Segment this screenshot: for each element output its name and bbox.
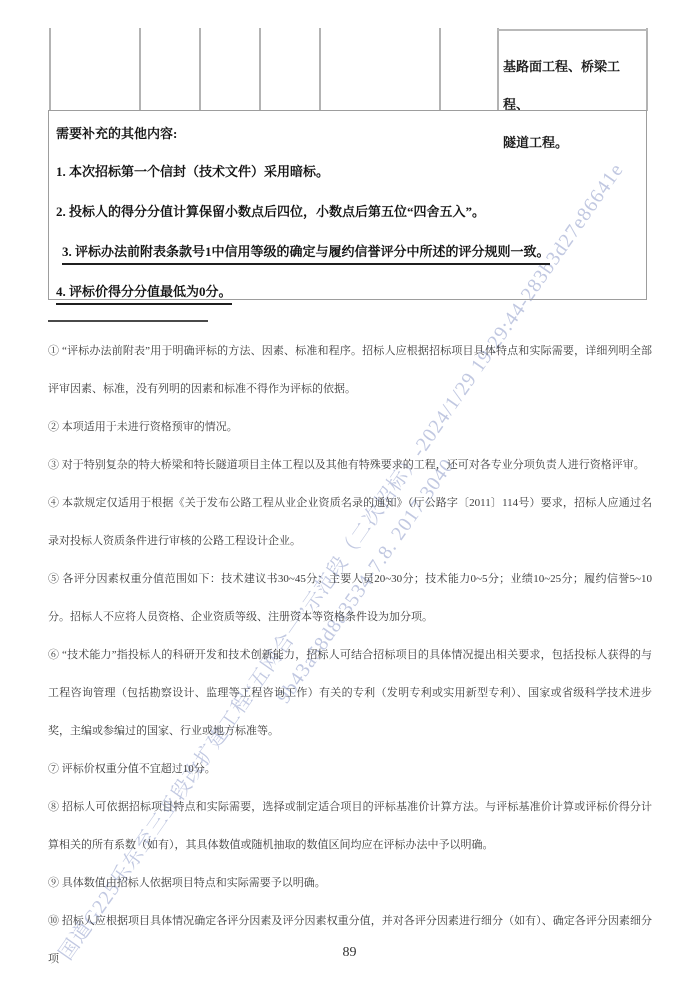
table-column-divider (49, 28, 51, 111)
footnote-2: ② 本项适用于未进行资格预审的情况。 (48, 408, 652, 446)
footnote-6: ⑥ “技术能力”指投标人的科研开发和技术创新能力，招标人可结合招标项目的具体情况… (48, 636, 652, 750)
supplement-item-1: 1. 本次招标第一个信封（技术文件）采用暗标。 (56, 161, 329, 180)
supplement-item-2: 2. 投标人的得分分值计算保留小数点后四位，小数点后第五位“四舍五入”。 (56, 201, 485, 220)
table-column-divider (497, 28, 499, 111)
table-column-divider (259, 28, 261, 111)
footnote-7: ⑦ 评标价权重分值不宜超过10分。 (48, 750, 652, 788)
footnote-10: ⑩ 招标人应根据项目具体情况确定各评分因素及评分因素权重分值，并对各评分因素进行… (48, 902, 652, 978)
footnote-5: ⑤ 各评分因素权重分值范围如下：技术建议书30~45分；主要人员20~30分；技… (48, 560, 652, 636)
footnote-3: ③ 对于特别复杂的特大桥梁和特长隧道项目主体工程以及其他有特殊要求的工程，还可对… (48, 446, 652, 484)
table-row-border (497, 29, 648, 31)
table-column-divider (439, 28, 441, 111)
supplement-item-3: 3. 评标办法前附表条款号1中信用等级的确定与履约信誉评分中所述的评分规则一致。 (62, 241, 550, 265)
footnote-1: ① “评标办法前附表”用于明确评标的方法、因素、标准和程序。招标人应根据招标项目… (48, 332, 652, 408)
supplement-item-3-text: 3. 评标办法前附表条款号1中信用等级的确定与履约信誉评分中所述的评分规则一致。 (62, 241, 550, 265)
supplement-item-4: 4. 评标价得分分值最低为0分。 (56, 281, 232, 305)
supplement-box: 需要补充的其他内容: 1. 本次招标第一个信封（技术文件）采用暗标。 2. 投标… (48, 110, 647, 300)
supplement-title: 需要补充的其他内容: (56, 123, 177, 142)
page-number: 89 (0, 945, 699, 961)
table-right-border (646, 28, 648, 111)
footnote-4: ④ 本款规定仅适用于根据《关于发布公路工程从业企业资质名录的通知》（厅公路字〔2… (48, 484, 652, 560)
document-page: 国道G225乐东至三亚段改扩建工程“五网合一”示范段（二次招标）-2024/1/… (0, 0, 699, 990)
table-column-divider (199, 28, 201, 111)
footnote-9: ⑨ 具体数值由招标人依据项目特点和实际需要予以明确。 (48, 864, 652, 902)
table-column-divider (319, 28, 321, 111)
footnotes-section: ① “评标办法前附表”用于明确评标的方法、因素、标准和程序。招标人应根据招标项目… (48, 332, 652, 978)
table-column-divider (139, 28, 141, 111)
footnote-separator-line (48, 320, 208, 322)
supplement-item-4-text: 4. 评标价得分分值最低为0分。 (56, 281, 232, 305)
footnote-8: ⑧ 招标人可依据招标项目特点和实际需要，选择或制定适合项目的评标基准价计算方法。… (48, 788, 652, 864)
